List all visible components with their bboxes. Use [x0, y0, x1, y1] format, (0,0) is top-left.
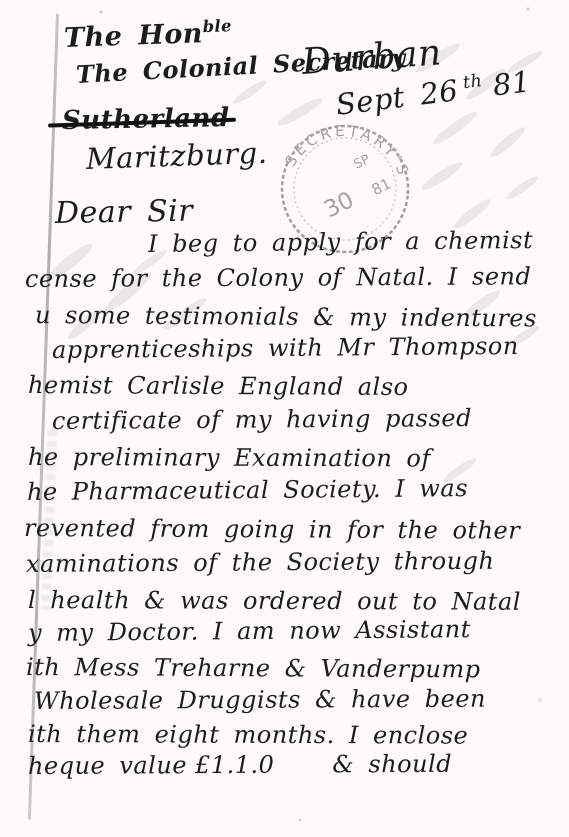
recipient-honorific: The Honble — [63, 16, 232, 54]
handwritten-line: Wholesale Druggists & have been — [34, 685, 486, 715]
handwritten-line: ith Mess Treharne & Vanderpump — [26, 653, 481, 683]
postmark-date: 30 SP 81 — [310, 149, 394, 224]
recipient-honorific-main: The Hon — [63, 18, 203, 54]
handwritten-line: cense for the Colony of Natal. I send — [25, 262, 531, 293]
handwritten-line: certificate of my having passed — [52, 404, 472, 435]
postmark-date-day: 30 — [320, 187, 358, 223]
handwritten-line: l health & was ordered out to Natal — [28, 586, 521, 616]
handwritten-line: apprenticeships with Mr Thompson — [52, 332, 519, 364]
handwritten-line: he preliminary Examination of — [28, 443, 431, 472]
handwritten-line: revented from going in for the other — [24, 514, 520, 545]
recipient-city: Maritzburg. — [85, 136, 268, 176]
dateline-date-year: 81 — [491, 64, 533, 102]
trailing-phrase: & should — [332, 750, 452, 779]
dateline-place: Durban — [301, 32, 443, 83]
cheque-line-text: heque value — [28, 751, 187, 780]
letter-scan-page: SECRETARY'S 30 SP 81 The Honble The Colo… — [0, 0, 569, 837]
recipient-honorific-super: ble — [202, 16, 232, 36]
postmark-date-month: SP — [352, 152, 373, 173]
handwritten-line: u some testimonials & my indentures — [35, 301, 537, 333]
cheque-amount: £1.1.0 — [195, 751, 274, 779]
handwritten-line: he Pharmaceutical Society. I was — [27, 474, 468, 506]
handwritten-line: y my Doctor. I am now Assistant — [28, 615, 471, 647]
handwritten-line: heque value£1.1.0& should — [28, 750, 452, 780]
recipient-struck-name: Sutherland — [62, 103, 230, 136]
handwritten-line: hemist Carlisle England also — [28, 371, 409, 401]
dateline-date-super: th — [462, 71, 483, 93]
salutation: Dear Sir — [55, 194, 194, 231]
handwritten-line: xaminations of the Society through — [26, 547, 495, 578]
postmark-date-year: 81 — [369, 175, 394, 200]
handwritten-line: ith them eight months. I enclose — [28, 720, 468, 750]
handwritten-line: I beg to apply for a chemist — [148, 226, 533, 258]
dateline-date-main: Sept 26 — [334, 73, 460, 122]
